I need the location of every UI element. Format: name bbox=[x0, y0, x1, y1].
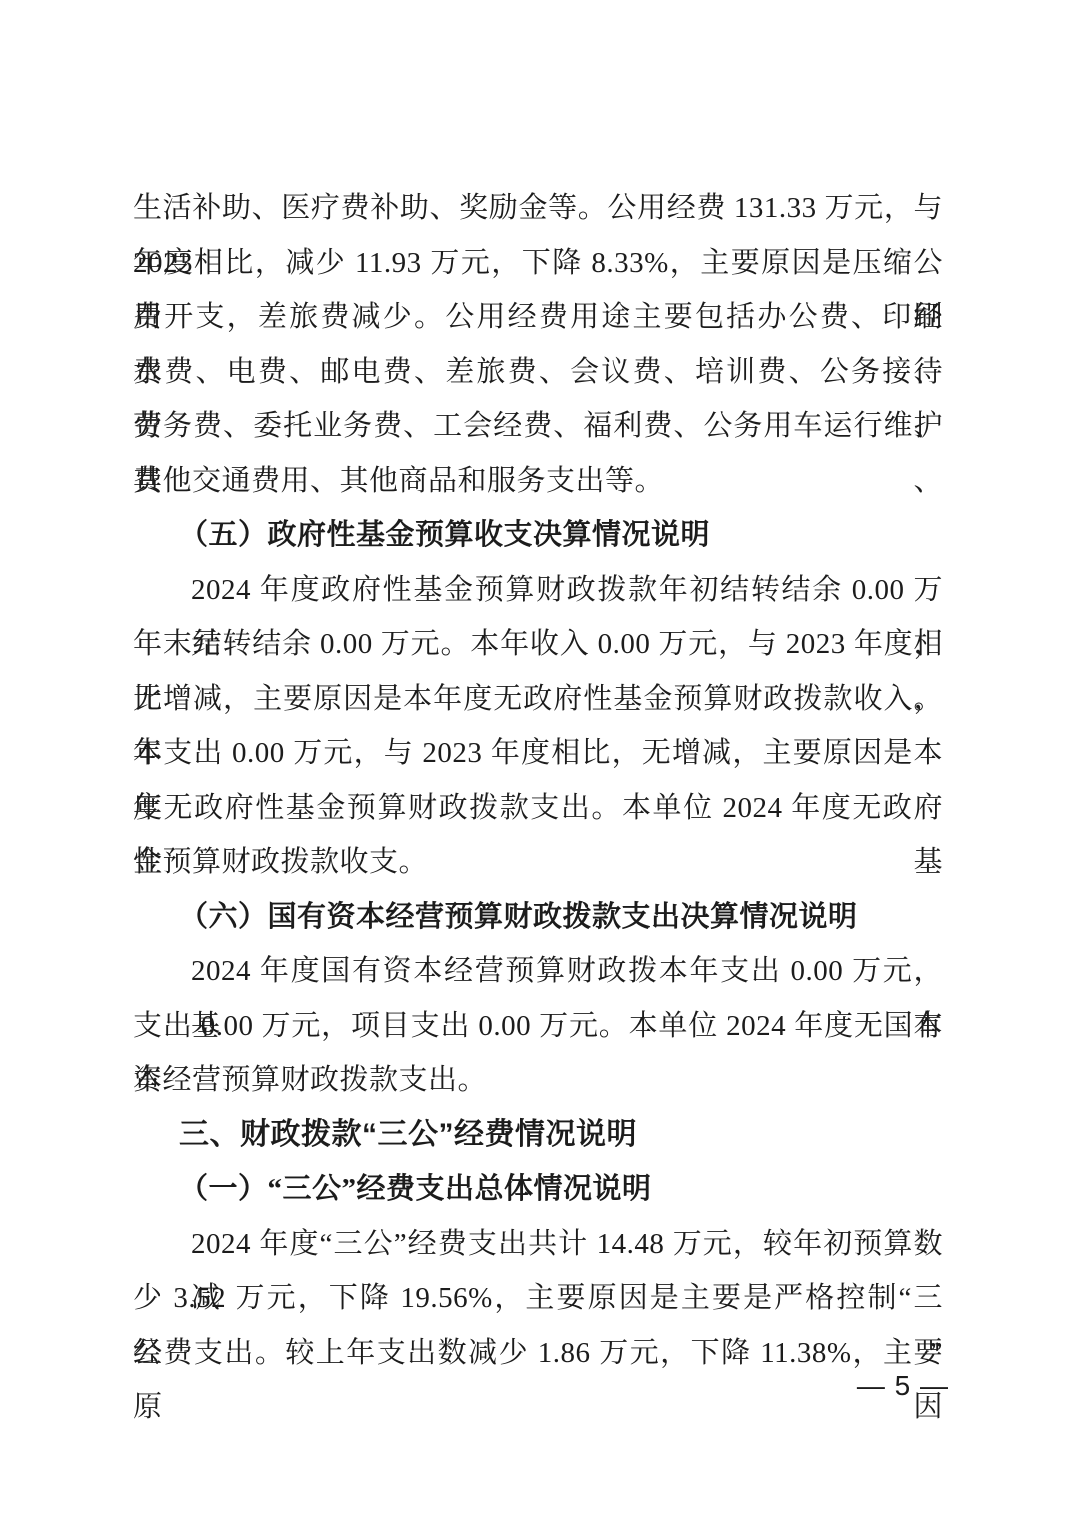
text-line: 2024 年度政府性基金预算财政拨款年初结转结余 0.00 万元， bbox=[133, 563, 943, 618]
page-number: — 5 — bbox=[857, 1369, 949, 1403]
sub-heading: （一）“三公”经费支出总体情况说明 bbox=[133, 1162, 943, 1217]
text-line: 水费、电费、邮电费、差旅费、会议费、培训费、公务接待费、 bbox=[133, 345, 943, 400]
sub-heading: （五）政府性基金预算收支决算情况说明 bbox=[133, 508, 943, 563]
section-heading: 三、财政拨款“三公”经费情况说明 bbox=[133, 1108, 943, 1163]
text-line: 生活补助、医疗费补助、奖励金等。公用经费 131.33 万元，与 2023 bbox=[133, 181, 943, 236]
text-line: 年支出 0.00 万元，与 2023 年度相比，无增减，主要原因是本年 bbox=[133, 726, 943, 781]
text-line: 费开支，差旅费减少。公用经费用途主要包括办公费、印刷费、 bbox=[133, 290, 943, 345]
text-line: 本经营预算财政拨款支出。 bbox=[133, 1053, 943, 1108]
text-lines: 生活补助、医疗费补助、奖励金等。公用经费 131.33 万元，与 2023年度相… bbox=[133, 181, 943, 1380]
text-line: 度无政府性基金预算财政拨款支出。本单位 2024 年度无政府性基 bbox=[133, 781, 943, 836]
text-line: 无增减，主要原因是本年度无政府性基金预算财政拨款收入。本 bbox=[133, 672, 943, 727]
text-line: 少 3.52 万元，下降 19.56%，主要原因是主要是严格控制“三公” bbox=[133, 1271, 943, 1326]
text-line: 年度相比，减少 11.93 万元，下降 8.33%，主要原因是压缩公用经 bbox=[133, 236, 943, 291]
text-line: 劳务费、委托业务费、工会经费、福利费、公务用车运行维护费、 bbox=[133, 399, 943, 454]
sub-heading: （六）国有资本经营预算财政拨款支出决算情况说明 bbox=[133, 890, 943, 945]
text-line: 经费支出。较上年支出数减少 1.86 万元，下降 11.38%，主要原因 bbox=[133, 1326, 943, 1381]
document-page: 生活补助、医疗费补助、奖励金等。公用经费 131.33 万元，与 2023年度相… bbox=[0, 0, 1075, 1520]
text-line: 2024 年度“三公”经费支出共计 14.48 万元，较年初预算数减 bbox=[133, 1217, 943, 1272]
text-line: 2024 年度国有资本经营预算财政拨本年支出 0.00 万元，基本 bbox=[133, 944, 943, 999]
text-line: 年末结转结余 0.00 万元。本年收入 0.00 万元，与 2023 年度相比， bbox=[133, 617, 943, 672]
text-line: 支出 0.00 万元，项目支出 0.00 万元。本单位 2024 年度无国有资 bbox=[133, 999, 943, 1054]
